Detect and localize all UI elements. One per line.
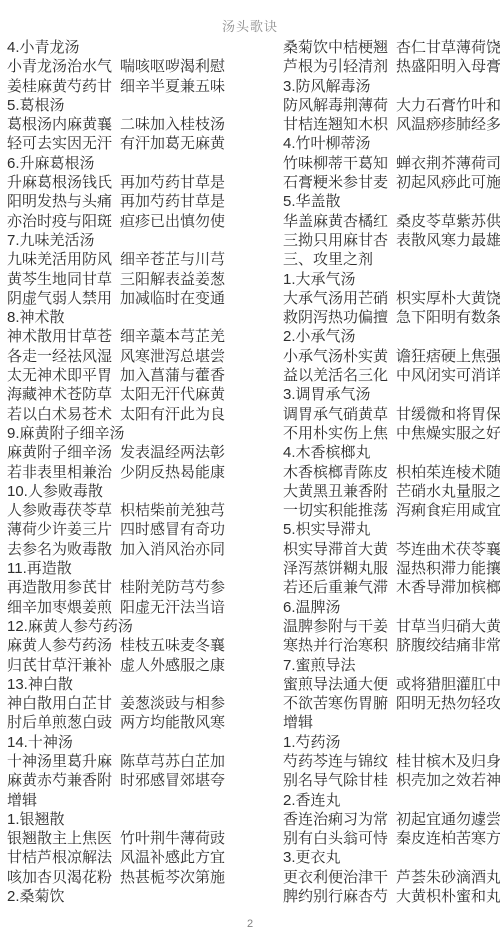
text-line: 十神汤里葛升麻陈草芎苏白芷加 <box>7 752 283 771</box>
phrase-first: 若以白术易苍术 <box>7 405 112 424</box>
phrase-first: 增辑 <box>283 713 313 732</box>
phrase-first: 6.温脾汤 <box>283 598 341 617</box>
phrase-second: 初起宜通勿遽尝 <box>396 810 500 829</box>
phrase-first: 三拗只用麻甘杏 <box>283 231 388 250</box>
phrase-second: 热盛阳明入母膏 <box>396 57 500 76</box>
phrase-first: 救阴泻热功偏擅 <box>283 308 388 327</box>
phrase-second: 时邪感冒郊堪夸 <box>120 771 225 790</box>
text-line: 小青龙汤治水气喘咳呕哕渴利慰 <box>7 57 283 76</box>
phrase-first: 蜜煎导法通大便 <box>283 675 388 694</box>
phrase-second: 风温补感此方宜 <box>120 848 225 867</box>
phrase-first: 温脾参附与干姜 <box>283 617 388 636</box>
phrase-first: 小青龙汤治水气 <box>7 57 112 76</box>
phrase-second: 疸疹已出慎勿使 <box>120 212 225 231</box>
phrase-second: 桂附羌防芎芍参 <box>120 578 225 597</box>
phrase-second: 细辛藁本芎芷羌 <box>120 327 225 346</box>
phrase-second: 桑皮苓草紫苏供 <box>396 212 500 231</box>
phrase-second: 枳柏茱连棱术随 <box>396 463 500 482</box>
phrase-first: 2.香连丸 <box>283 791 341 810</box>
text-line: 黄芩生地同甘草三阳解表益姜葱 <box>7 270 283 289</box>
text-line: 大承气汤用芒硝枳实厚朴大黄饶 <box>283 289 500 308</box>
phrase-second: 发表温经两法彰 <box>120 443 225 462</box>
text-line: 13.神白散 <box>7 675 283 694</box>
text-line: 不用朴实伤上焦中焦燥实服之好 <box>283 424 500 443</box>
phrase-first: 姜桂麻黄芍药甘 <box>7 77 112 96</box>
phrase-first: 麻黄人参芍药汤 <box>7 636 112 655</box>
text-line: 细辛加枣煨姜煎阳虚无汗法当谙 <box>7 598 283 617</box>
text-line: 亦治时疫与阳斑疸疹已出慎勿使 <box>7 212 283 231</box>
phrase-first: 芦根为引轻清剂 <box>283 57 388 76</box>
text-line: 芦根为引轻清剂热盛阳明入母膏 <box>283 57 500 76</box>
phrase-second: 湿热积滞力能攘 <box>396 559 500 578</box>
phrase-first: 5.葛根汤 <box>7 96 65 115</box>
phrase-first: 香连治痢习为常 <box>283 810 388 829</box>
phrase-second: 陈草芎苏白芷加 <box>120 752 225 771</box>
phrase-second: 枳壳加之效若神 <box>396 771 500 790</box>
text-line: 6.升麻葛根汤 <box>7 154 283 173</box>
phrase-first: 1.银翘散 <box>7 810 65 829</box>
text-line: 咳加杏贝渴花粉热甚栀芩次第施 <box>7 868 283 887</box>
phrase-first: 不欲苦寒伤胃腑 <box>283 694 388 713</box>
phrase-first: 益以羌活名三化 <box>283 366 388 385</box>
document-page: 汤头歌诀 4.小青龙汤小青龙汤治水气喘咳呕哕渴利慰姜桂麻黄芍药甘细辛半夏兼五味5… <box>0 0 500 942</box>
text-line: 寒热并行治寒积脐腹绞结痛非常 <box>283 636 500 655</box>
phrase-first: 阳明发热与头痛 <box>7 192 112 211</box>
phrase-first: 细辛加枣煨姜煎 <box>7 598 112 617</box>
text-line: 5.华盖散 <box>283 192 500 211</box>
phrase-second: 加入菖蒲与藿香 <box>120 366 225 385</box>
phrase-second: 初起风痧此可施 <box>396 173 500 192</box>
phrase-first: 一切实积能推荡 <box>283 501 388 520</box>
phrase-second: 枳桔柴前羌独芎 <box>120 501 225 520</box>
phrase-first: 麻黄附子细辛汤 <box>7 443 112 462</box>
phrase-first: 10.人参败毒散 <box>7 482 103 501</box>
text-line: 三、攻里之剂 <box>283 250 500 269</box>
text-line: 7.蜜煎导法 <box>283 656 500 675</box>
phrase-first: 1.大承气汤 <box>283 270 356 289</box>
text-line: 甘桔连翘知木枳风温痧疹肺经多 <box>283 115 500 134</box>
text-line: 3.调胃承气汤 <box>283 385 500 404</box>
phrase-first: 4.木香槟榔丸 <box>283 443 371 462</box>
phrase-second: 竹叶荆牛薄荷豉 <box>120 829 225 848</box>
phrase-first: 再造散用参芪甘 <box>7 578 112 597</box>
phrase-first: 更衣利便治津干 <box>283 868 388 887</box>
phrase-first: 防风解毒荆薄荷 <box>283 96 388 115</box>
text-line: 阴虚气弱人禁用加减临时在变通 <box>7 289 283 308</box>
phrase-first: 肘后单煎葱白豉 <box>7 713 112 732</box>
phrase-first: 4.小青龙汤 <box>7 38 80 57</box>
phrase-second: 再加芍药甘草是 <box>120 173 225 192</box>
text-line: 3.更衣丸 <box>283 848 500 867</box>
phrase-first: 咳加杏贝渴花粉 <box>7 868 112 887</box>
phrase-second: 芦荟朱砂滴酒丸 <box>396 868 500 887</box>
phrase-first: 葛根汤内麻黄襄 <box>7 115 112 134</box>
text-line: 3.防风解毒汤 <box>283 77 500 96</box>
text-line: 竹味柳蒂干葛知蝉衣荆芥薄荷司 <box>283 154 500 173</box>
phrase-second: 中风闭实可消详 <box>396 366 500 385</box>
text-line: 防风解毒荆薄荷大力石膏竹叶和 <box>283 96 500 115</box>
phrase-second: 枳实厚朴大黄饶 <box>396 289 500 308</box>
phrase-second: 脐腹绞结痛非常 <box>396 636 500 655</box>
phrase-first: 竹味柳蒂干葛知 <box>283 154 388 173</box>
phrase-second: 大黄枳朴蜜和丸 <box>396 887 500 906</box>
text-line: 2.小承气汤 <box>283 327 500 346</box>
phrase-second: 风温痧疹肺经多 <box>396 115 500 134</box>
text-line: 蜜煎导法通大便或将猎胆灌肛中 <box>283 675 500 694</box>
text-column-left: 4.小青龙汤小青龙汤治水气喘咳呕哕渴利慰姜桂麻黄芍药甘细辛半夏兼五味5.葛根汤葛… <box>7 38 283 906</box>
phrase-second: 或将猎胆灌肛中 <box>396 675 500 694</box>
text-line: 神术散用甘草苍细辛藁本芎芷羌 <box>7 327 283 346</box>
phrase-second: 阳明无热勿轻攻 <box>396 694 500 713</box>
text-line: 九味羌活用防风细辛苍芷与川芎 <box>7 250 283 269</box>
text-line: 2.桑菊饮 <box>7 887 283 906</box>
phrase-second: 细辛半夏兼五味 <box>120 77 225 96</box>
phrase-first: 泽泻蒸饼糊丸服 <box>283 559 388 578</box>
text-line: 神白散用白芷甘姜葱淡豉与相参 <box>7 694 283 713</box>
phrase-first: 6.升麻葛根汤 <box>7 154 95 173</box>
text-line: 增辑 <box>7 791 283 810</box>
text-line: 2.香连丸 <box>283 791 500 810</box>
text-line: 葛根汤内麻黄襄二味加入桂枝汤 <box>7 115 283 134</box>
text-line: 14.十神汤 <box>7 733 283 752</box>
text-line: 银翘散主上焦医竹叶荆牛薄荷豉 <box>7 829 283 848</box>
phrase-first: 13.神白散 <box>7 675 73 694</box>
text-line: 肘后单煎葱白豉两方均能散风寒 <box>7 713 283 732</box>
phrase-first: 小承气汤朴实黄 <box>283 347 388 366</box>
text-line: 10.人参败毒散 <box>7 482 283 501</box>
phrase-first: 若非表里相兼治 <box>7 463 112 482</box>
text-line: 大黄黑丑兼香附芒硝水丸量服之 <box>283 482 500 501</box>
phrase-second: 表散风寒力最雄 <box>396 231 500 250</box>
text-line: 小承气汤朴实黄谵狂痞硬上焦强 <box>283 347 500 366</box>
text-line: 温脾参附与干姜甘草当归硝大黄 <box>283 617 500 636</box>
phrase-first: 木香槟榔青陈皮 <box>283 463 388 482</box>
phrase-first: 若还后重兼气滞 <box>283 578 388 597</box>
phrase-first: 5.枳实导滞丸 <box>283 520 371 539</box>
phrase-second: 少阴反热曷能康 <box>120 463 225 482</box>
phrase-first: 黄芩生地同甘草 <box>7 270 112 289</box>
phrase-first: 寒热并行治寒积 <box>283 636 388 655</box>
phrase-second: 再加芍药甘草是 <box>120 192 225 211</box>
phrase-second: 杏仁甘草薄荷饶 <box>396 38 500 57</box>
phrase-first: 石膏粳米参甘麦 <box>283 173 388 192</box>
text-line: 脾约别行麻杏芍大黄枳朴蜜和丸 <box>283 887 500 906</box>
text-line: 5.枳实导滞丸 <box>283 520 500 539</box>
phrase-first: 7.九味羌活汤 <box>7 231 95 250</box>
phrase-second: 加入消风治亦同 <box>120 540 225 559</box>
text-line: 调胃承气硝黄草甘缓微和将胃保 <box>283 405 500 424</box>
phrase-first: 脾约别行麻杏芍 <box>283 887 388 906</box>
phrase-first: 枳实导滞首大黄 <box>283 540 388 559</box>
phrase-second: 蝉衣荆芥薄荷司 <box>396 154 500 173</box>
text-line: 不欲苦寒伤胃腑阳明无热勿轻攻 <box>283 694 500 713</box>
phrase-first: 归芪甘草汗兼补 <box>7 656 112 675</box>
phrase-first: 升麻葛根汤钱氏 <box>7 173 112 192</box>
text-line: 麻黄人参芍药汤桂枝五味麦冬襄 <box>7 636 283 655</box>
text-line: 若非表里相兼治少阴反热曷能康 <box>7 463 283 482</box>
phrase-second: 甘草当归硝大黄 <box>396 617 500 636</box>
phrase-first: 12.麻黄人参芍药汤 <box>7 617 133 636</box>
text-line: 人参败毒茯苓草枳桔柴前羌独芎 <box>7 501 283 520</box>
phrase-second: 风寒泄泻总堪尝 <box>120 347 225 366</box>
phrase-first: 人参败毒茯苓草 <box>7 501 112 520</box>
text-line: 香连治痢习为常初起宜通勿遽尝 <box>283 810 500 829</box>
phrase-first: 薄荷少许姜三片 <box>7 520 112 539</box>
phrase-second: 芒硝水丸量服之 <box>396 482 500 501</box>
phrase-first: 亦治时疫与阳斑 <box>7 212 112 231</box>
text-line: 石膏粳米参甘麦初起风痧此可施 <box>283 173 500 192</box>
text-line: 4.木香槟榔丸 <box>283 443 500 462</box>
text-line: 薄荷少许姜三片四时感冒有奇功 <box>7 520 283 539</box>
text-line: 桑菊饮中桔梗翘杏仁甘草薄荷饶 <box>283 38 500 57</box>
phrase-second: 三阳解表益姜葱 <box>120 270 225 289</box>
text-line: 6.温脾汤 <box>283 598 500 617</box>
phrase-second: 加减临时在变通 <box>120 289 225 308</box>
phrase-first: 三、攻里之剂 <box>283 250 373 269</box>
phrase-second: 姜葱淡豉与相参 <box>120 694 225 713</box>
phrase-first: 甘桔芦根凉解法 <box>7 848 112 867</box>
phrase-first: 别有白头翁可恃 <box>283 829 388 848</box>
phrase-first: 4.竹叶柳蒂汤 <box>283 134 371 153</box>
phrase-second: 两方均能散风寒 <box>120 713 225 732</box>
text-line: 7.九味羌活汤 <box>7 231 283 250</box>
phrase-second: 太阳无汗代麻黄 <box>120 385 225 404</box>
text-line: 阳明发热与头痛再加芍药甘草是 <box>7 192 283 211</box>
text-line: 益以羌活名三化中风闭实可消详 <box>283 366 500 385</box>
text-line: 4.小青龙汤 <box>7 38 283 57</box>
text-line: 麻黄赤芍兼香附时邪感冒郊堪夸 <box>7 771 283 790</box>
text-line: 归芪甘草汗兼补虚人外感服之康 <box>7 656 283 675</box>
text-line: 各走一经祛风湿风寒泄泻总堪尝 <box>7 347 283 366</box>
phrase-first: 太无神术即平胃 <box>7 366 112 385</box>
text-line: 若还后重兼气滞木香导滞加槟榔 <box>283 578 500 597</box>
text-line: 太无神术即平胃加入菖蒲与藿香 <box>7 366 283 385</box>
text-line: 枳实导滞首大黄芩连曲术茯苓襄 <box>283 540 500 559</box>
text-line: 1.大承气汤 <box>283 270 500 289</box>
phrase-second: 中焦燥实服之好 <box>396 424 500 443</box>
text-line: 木香槟榔青陈皮枳柏茱连棱术随 <box>283 463 500 482</box>
phrase-first: 十神汤里葛升麻 <box>7 752 112 771</box>
phrase-second: 二味加入桂枝汤 <box>120 115 225 134</box>
phrase-first: 5.华盖散 <box>283 192 341 211</box>
phrase-first: 8.神术散 <box>7 308 65 327</box>
phrase-second: 四时感冒有奇功 <box>120 520 225 539</box>
phrase-first: 别名导气除甘桂 <box>283 771 388 790</box>
text-line: 海藏神术苍防草太阳无汗代麻黄 <box>7 385 283 404</box>
text-line: 升麻葛根汤钱氏再加芍药甘草是 <box>7 173 283 192</box>
text-line: 增辑 <box>283 713 500 732</box>
text-line: 姜桂麻黄芍药甘细辛半夏兼五味 <box>7 77 283 96</box>
phrase-first: 11.再造散 <box>7 559 72 578</box>
phrase-second: 有汗加葛无麻黄 <box>120 134 225 153</box>
phrase-second: 热甚栀芩次第施 <box>120 868 225 887</box>
phrase-second: 木香导滞加槟榔 <box>396 578 500 597</box>
phrase-first: 神术散用甘草苍 <box>7 327 112 346</box>
phrase-first: 麻黄赤芍兼香附 <box>7 771 112 790</box>
phrase-second: 芩连曲术茯苓襄 <box>396 540 500 559</box>
text-line: 轻可去实因无汗有汗加葛无麻黄 <box>7 134 283 153</box>
phrase-first: 九味羌活用防风 <box>7 250 112 269</box>
phrase-second: 阳虚无汗法当谙 <box>120 598 225 617</box>
phrase-first: 神白散用白芷甘 <box>7 694 112 713</box>
text-line: 泽泻蒸饼糊丸服湿热积滞力能攘 <box>283 559 500 578</box>
text-line: 甘桔芦根凉解法风温补感此方宜 <box>7 848 283 867</box>
phrase-second: 喘咳呕哕渴利慰 <box>120 57 225 76</box>
phrase-first: 银翘散主上焦医 <box>7 829 112 848</box>
phrase-second: 太阳有汗此为良 <box>120 405 225 424</box>
phrase-second: 甘缓微和将胃保 <box>396 405 500 424</box>
phrase-first: 各走一经祛风湿 <box>7 347 112 366</box>
text-line: 1.银翘散 <box>7 810 283 829</box>
text-line: 1.芍药汤 <box>283 733 500 752</box>
phrase-first: 2.小承气汤 <box>283 327 356 346</box>
text-line: 救阴泻热功偏擅急下阳明有数条 <box>283 308 500 327</box>
phrase-second: 桂甘槟木及归身 <box>396 752 500 771</box>
phrase-first: 阴虚气弱人禁用 <box>7 289 112 308</box>
phrase-first: 不用朴实伤上焦 <box>283 424 388 443</box>
text-line: 更衣利便治津干芦荟朱砂滴酒丸 <box>283 868 500 887</box>
text-line: 麻黄附子细辛汤发表温经两法彰 <box>7 443 283 462</box>
phrase-first: 7.蜜煎导法 <box>283 656 356 675</box>
text-line: 一切实积能推荡泻痢食疟用咸宜 <box>283 501 500 520</box>
phrase-first: 2.桑菊饮 <box>7 887 65 906</box>
phrase-first: 桑菊饮中桔梗翘 <box>283 38 388 57</box>
text-line: 4.竹叶柳蒂汤 <box>283 134 500 153</box>
phrase-first: 轻可去实因无汗 <box>7 134 112 153</box>
text-line: 芍药芩连与锦纹桂甘槟木及归身 <box>283 752 500 771</box>
phrase-second: 谵狂痞硬上焦强 <box>396 347 500 366</box>
text-line: 9.麻黄附子细辛汤 <box>7 424 283 443</box>
text-line: 华盖麻黄杏橘红桑皮苓草紫苏供 <box>283 212 500 231</box>
phrase-second: 急下阳明有数条 <box>396 308 500 327</box>
phrase-first: 3.调胃承气汤 <box>283 385 371 404</box>
phrase-second: 泻痢食疟用咸宜 <box>396 501 500 520</box>
phrase-first: 增辑 <box>7 791 37 810</box>
phrase-first: 海藏神术苍防草 <box>7 385 112 404</box>
phrase-first: 芍药芩连与锦纹 <box>283 752 388 771</box>
page-title: 汤头歌诀 <box>0 16 500 35</box>
text-line: 5.葛根汤 <box>7 96 283 115</box>
phrase-first: 华盖麻黄杏橘红 <box>283 212 388 231</box>
text-line: 12.麻黄人参芍药汤 <box>7 617 283 636</box>
text-columns: 4.小青龙汤小青龙汤治水气喘咳呕哕渴利慰姜桂麻黄芍药甘细辛半夏兼五味5.葛根汤葛… <box>7 38 500 906</box>
text-line: 去参名为败毒散加入消风治亦同 <box>7 540 283 559</box>
text-line: 若以白术易苍术太阳有汗此为良 <box>7 405 283 424</box>
phrase-second: 大力石膏竹叶和 <box>396 96 500 115</box>
phrase-first: 甘桔连翘知木枳 <box>283 115 388 134</box>
phrase-first: 调胃承气硝黄草 <box>283 405 388 424</box>
phrase-first: 9.麻黄附子细辛汤 <box>7 424 125 443</box>
phrase-first: 去参名为败毒散 <box>7 540 112 559</box>
phrase-first: 3.更衣丸 <box>283 848 341 867</box>
text-line: 8.神术散 <box>7 308 283 327</box>
text-line: 别有白头翁可恃秦皮连柏苦寒方 <box>283 829 500 848</box>
page-number: 2 <box>0 918 500 930</box>
phrase-second: 虚人外感服之康 <box>120 656 225 675</box>
text-line: 11.再造散 <box>7 559 283 578</box>
text-line: 再造散用参芪甘桂附羌防芎芍参 <box>7 578 283 597</box>
phrase-second: 桂枝五味麦冬襄 <box>120 636 225 655</box>
phrase-second: 细辛苍芷与川芎 <box>120 250 225 269</box>
phrase-first: 3.防风解毒汤 <box>283 77 371 96</box>
phrase-second: 秦皮连柏苦寒方 <box>396 829 500 848</box>
text-column-right: 桑菊饮中桔梗翘杏仁甘草薄荷饶芦根为引轻清剂热盛阳明入母膏3.防风解毒汤防风解毒荆… <box>283 38 500 906</box>
phrase-first: 大黄黑丑兼香附 <box>283 482 388 501</box>
text-line: 三拗只用麻甘杏表散风寒力最雄 <box>283 231 500 250</box>
phrase-first: 14.十神汤 <box>7 733 73 752</box>
text-line: 别名导气除甘桂枳壳加之效若神 <box>283 771 500 790</box>
phrase-first: 1.芍药汤 <box>283 733 341 752</box>
phrase-first: 大承气汤用芒硝 <box>283 289 388 308</box>
